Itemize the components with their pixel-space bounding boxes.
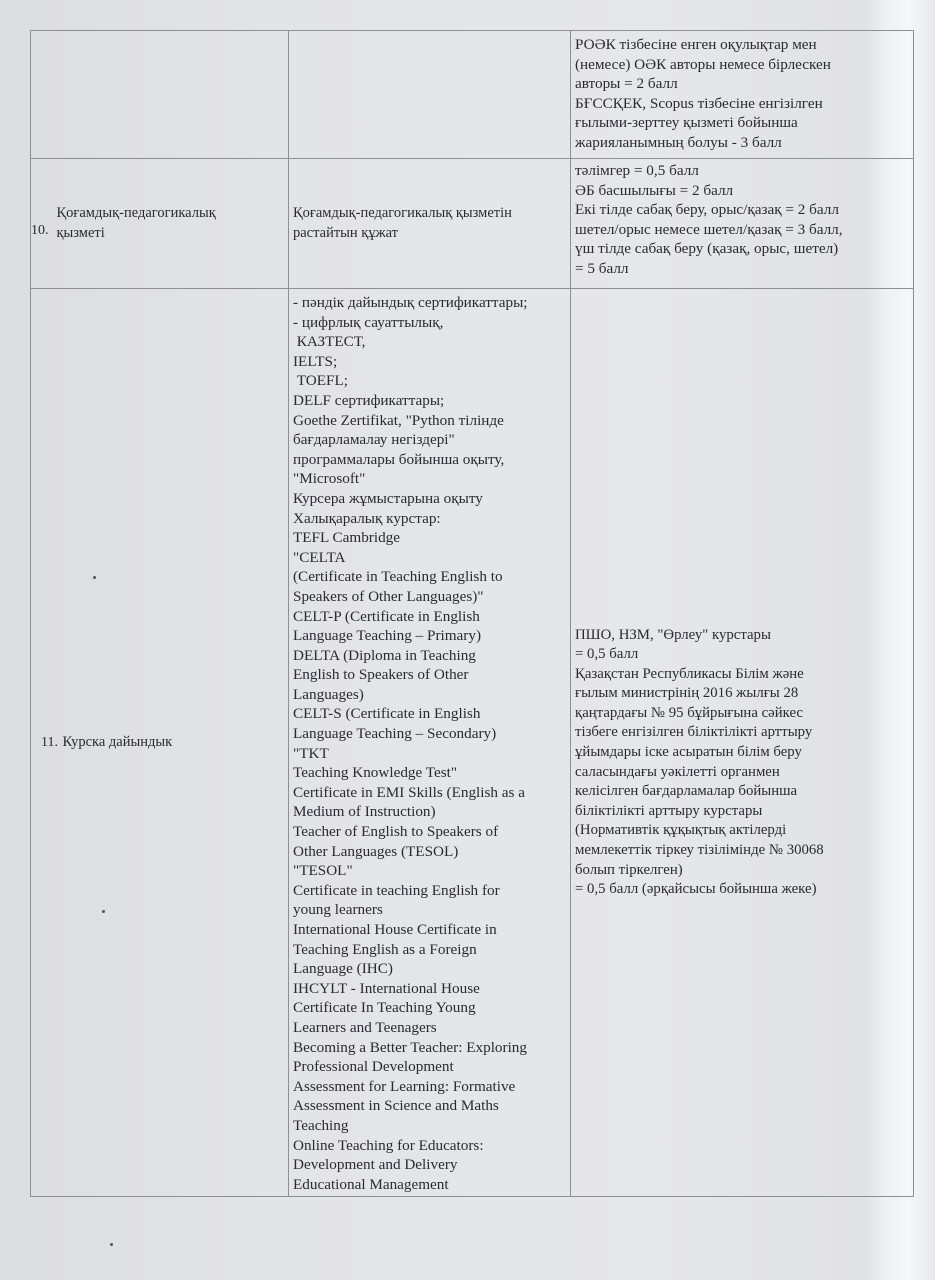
row-number-cell <box>31 31 53 159</box>
score-line: болып тіркелген) <box>575 861 911 881</box>
document-line: Certificate in EMI Skills (English as a <box>293 783 568 803</box>
score-line: = 0,5 балл <box>575 645 911 665</box>
score-line: үш тілде сабақ беру (қазақ, орыс, шетел) <box>575 239 911 259</box>
row-number-cell: 10. <box>31 159 53 289</box>
score-line: авторы = 2 балл <box>575 74 911 94</box>
document-line: Goethe Zertifikat, "Python тілінде <box>293 411 568 431</box>
score-lines: ПШО, НЗМ, "Өрлеу" курстары= 0,5 баллҚаза… <box>575 626 911 900</box>
score-line: ПШО, НЗМ, "Өрлеу" курстары <box>575 626 911 646</box>
speck-mark <box>110 1243 113 1246</box>
document-line: Курсера жұмыстарына оқыту <box>293 489 568 509</box>
document-line: TEFL Cambridge <box>293 528 568 548</box>
document-line: Online Teaching for Educators: <box>293 1136 568 1156</box>
table-row: 10. Қоғамдық-педагогикалық қызметі Қоғам… <box>31 159 914 289</box>
document-line: Educational Management <box>293 1175 568 1195</box>
score-line: келісілген бағдарламалар бойынша <box>575 782 911 802</box>
document-line: "CELTA <box>293 548 568 568</box>
score-line: (Нормативтік құқықтық актілерді <box>575 821 911 841</box>
score-cell: РОӘК тізбесіне енген оқулықтар мен(немес… <box>571 31 914 159</box>
score-line: біліктілікті арттыру курстары <box>575 802 911 822</box>
score-line: ғылыми-зерттеу қызметі бойынша <box>575 113 911 133</box>
document-line: Other Languages (TESOL) <box>293 842 568 862</box>
document-line: "Microsoft" <box>293 469 568 489</box>
score-line: жарияланымның болуы - 3 балл <box>575 133 911 153</box>
document-line: Becoming a Better Teacher: Exploring <box>293 1038 568 1058</box>
document-line: - цифрлық сауаттылық, <box>293 313 568 333</box>
score-line: БҒССҚЕК, Scopus тізбесіне енгізілген <box>575 94 911 114</box>
document-line: - пәндік дайындық сертификаттары; <box>293 293 568 313</box>
score-lines: тәлімгер = 0,5 баллӘБ басшылығы = 2 балл… <box>575 161 911 279</box>
speck-mark <box>93 576 96 579</box>
document-line: Development and Delivery <box>293 1155 568 1175</box>
document-line: Learners and Teenagers <box>293 1018 568 1038</box>
score-line: шетел/орыс немесе шетел/қазақ = 3 балл, <box>575 220 911 240</box>
document-line: TOEFL; <box>293 371 568 391</box>
document-line: IELTS; <box>293 352 568 372</box>
scanned-document-page: РОӘК тізбесіне енген оқулықтар мен(немес… <box>0 0 935 1280</box>
document-lines: - пәндік дайындық сертификаттары;- цифрл… <box>293 293 568 1194</box>
document-line: Language Teaching – Primary) <box>293 626 568 646</box>
document-line: Professional Development <box>293 1057 568 1077</box>
document-line: программалары бойынша оқыту, <box>293 450 568 470</box>
criteria-table: РОӘК тізбесіне енген оқулықтар мен(немес… <box>30 30 914 1197</box>
document-line: Teacher of English to Speakers of <box>293 822 568 842</box>
score-line: (немесе) ОӘК авторы немесе бірлескен <box>575 55 911 75</box>
score-line: тәлімгер = 0,5 балл <box>575 161 911 181</box>
criterion-name: Курска дайындык <box>63 733 173 753</box>
document-cell: - пәндік дайындық сертификаттары;- цифрл… <box>289 289 571 1197</box>
document-line: Language (IHC) <box>293 959 568 979</box>
score-line: ӘБ басшылығы = 2 балл <box>575 181 911 201</box>
document-line: DELF сертификаттары; <box>293 391 568 411</box>
score-line: қаңтардағы № 95 бұйрығына сәйкес <box>575 704 911 724</box>
document-line: English to Speakers of Other <box>293 665 568 685</box>
criterion-name-cell: Қоғамдық-педагогикалық қызметі <box>53 159 289 289</box>
document-line: Language Teaching – Secondary) <box>293 724 568 744</box>
score-line: Қазақстан Республикасы Білім және <box>575 665 911 685</box>
row-number: 11. <box>41 733 53 753</box>
document-line: young learners <box>293 900 568 920</box>
document-line: Speakers of Other Languages)" <box>293 587 568 607</box>
document-line: Certificate in teaching English for <box>293 881 568 901</box>
score-line: Екі тілде сабақ беру, орыс/қазақ = 2 бал… <box>575 200 911 220</box>
speck-mark <box>102 910 105 913</box>
document-line: бағдарламалау негіздері" <box>293 430 568 450</box>
score-line: мемлекеттік тіркеу тізілімінде № 30068 <box>575 841 911 861</box>
score-cell: ПШО, НЗМ, "Өрлеу" курстары= 0,5 баллҚаза… <box>571 289 914 1197</box>
score-line: РОӘК тізбесіне енген оқулықтар мен <box>575 35 911 55</box>
score-line: ғылым министрінің 2016 жылғы 28 <box>575 684 911 704</box>
document-line: Certificate In Teaching Young <box>293 998 568 1018</box>
document-line: КАЗТЕСТ, <box>293 332 568 352</box>
table-row-continued: РОӘК тізбесіне енген оқулықтар мен(немес… <box>31 31 914 159</box>
document-line: Medium of Instruction) <box>293 802 568 822</box>
score-line: тізбеге енгізілген біліктілікті арттыру <box>575 723 911 743</box>
document-line: Teaching English as a Foreign <box>293 940 568 960</box>
document-line: Teaching <box>293 1116 568 1136</box>
row-number-cell: 11. <box>31 289 53 1197</box>
table-row: 11. Курска дайындык - пәндік дайындық се… <box>31 289 914 1197</box>
score-line: ұйымдары іске асыратын білім беру <box>575 743 911 763</box>
score-line: = 0,5 балл (әрқайсысы бойынша жеке) <box>575 880 911 900</box>
score-line: = 5 балл <box>575 259 911 279</box>
document-text: Қоғамдық-педагогикалық қызметін растайты… <box>293 204 573 243</box>
criterion-name: Қоғамдық-педагогикалық қызметі <box>57 204 227 243</box>
score-line: саласындағы уәкілетті органмен <box>575 763 911 783</box>
document-line: International House Certificate in <box>293 920 568 940</box>
document-line: "TKT <box>293 744 568 764</box>
document-line: Assessment for Learning: Formative <box>293 1077 568 1097</box>
document-line: Languages) <box>293 685 568 705</box>
criterion-name-cell: Курска дайындык <box>53 289 289 1197</box>
document-line: Teaching Knowledge Test" <box>293 763 568 783</box>
document-cell <box>289 31 571 159</box>
document-line: DELTA (Diploma in Teaching <box>293 646 568 666</box>
document-line: Assessment in Science and Maths <box>293 1096 568 1116</box>
document-cell: Қоғамдық-педагогикалық қызметін растайты… <box>289 159 571 289</box>
score-lines: РОӘК тізбесіне енген оқулықтар мен(немес… <box>575 35 911 153</box>
row-number: 10. <box>31 221 53 241</box>
document-line: CELT-P (Certificate in English <box>293 607 568 627</box>
document-line: IHCYLT - International House <box>293 979 568 999</box>
criterion-name-cell <box>53 31 289 159</box>
document-line: "TESOL" <box>293 861 568 881</box>
document-line: Халықаралық курстар: <box>293 509 568 529</box>
score-cell: тәлімгер = 0,5 баллӘБ басшылығы = 2 балл… <box>571 159 914 289</box>
document-line: CELT-S (Certificate in English <box>293 704 568 724</box>
document-line: (Certificate in Teaching English to <box>293 567 568 587</box>
